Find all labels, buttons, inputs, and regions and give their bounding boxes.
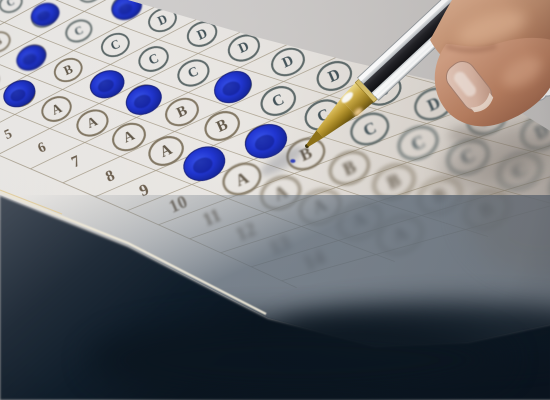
vignette xyxy=(0,0,550,400)
scene-photo: BCDBCDABCD4ABCD5ABCD6ABCD7ABCD8ABCD9ABCD… xyxy=(0,0,550,400)
photo-answer-sheet-scene: BCDBCDABCD4ABCD5ABCD6ABCD7ABCD8ABCD9ABCD… xyxy=(0,0,550,400)
